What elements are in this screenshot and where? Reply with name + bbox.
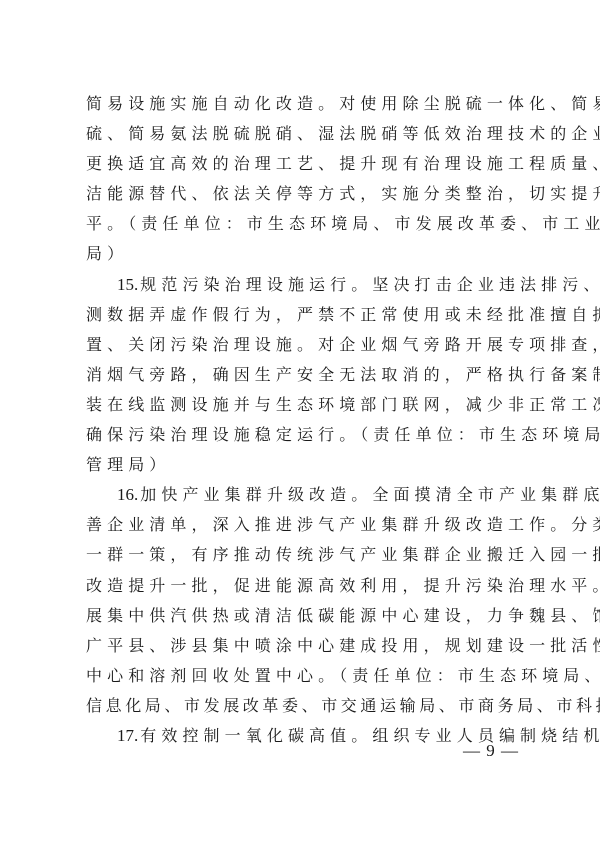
text-line: 置、关闭污染治理设施。对企业烟气旁路开展专项排查，逐步取 — [86, 330, 516, 360]
text-line: 硫、简易氨法脱硫脱硝、湿法脱硝等低效治理技术的企业，通过 — [86, 119, 516, 149]
text-line: 洁能源替代、依法关停等方式，实施分类整治，切实提升治理水 — [86, 179, 516, 209]
text-line: 中心和溶剂回收处置中心。（责任单位：市生态环境局、市工业和 — [86, 661, 516, 691]
body-text: 简易设施实施自动化改造。对使用除尘脱硫一体化、简易碱法脱 硫、简易氨法脱硫脱硝、… — [86, 89, 516, 751]
page-number: — 9 — — [463, 741, 519, 761]
text-line: 一群一策，有序推动传统涉气产业集群企业搬迁入园一批、就地 — [86, 540, 516, 570]
item-number: 17. — [117, 726, 138, 745]
text-line: 广平县、涉县集中喷涂中心建成投用，规划建设一批活性炭再生 — [86, 631, 516, 661]
text-line: 更换适宜高效的治理工艺、提升现有治理设施工程质量、开展清 — [86, 149, 516, 179]
text-line: 改造提升一批，促进能源高效利用，提升污染治理水平。加快开 — [86, 571, 516, 601]
text-line: 确保污染治理设施稳定运行。（责任单位：市生态环境局、市应急 — [86, 420, 516, 450]
text-line: 规范污染治理设施运行。坚决打击企业违法排污、在线监 — [140, 275, 600, 294]
text-line: 简易设施实施自动化改造。对使用除尘脱硫一体化、简易碱法脱 — [86, 89, 516, 119]
text-line: 有效控制一氧化碳高值。组织专业人员编制烧结机、高炉、 — [140, 726, 600, 745]
text-line: 加快产业集群升级改造。全面摸清全市产业集群底数，完 — [140, 485, 600, 504]
text-line: 管理局） — [86, 450, 516, 480]
text-line: 局） — [86, 239, 516, 269]
text-line: 善企业清单，深入推进涉气产业集群升级改造工作。分类施策、 — [86, 510, 516, 540]
item-17-heading-line: 17.有效控制一氧化碳高值。组织专业人员编制烧结机、高炉、 — [86, 721, 516, 751]
text-line: 信息化局、市发展改革委、市交通运输局、市商务局、市科技局） — [86, 691, 516, 721]
text-line: 消烟气旁路，确因生产安全无法取消的，严格执行备案制度，加 — [86, 360, 516, 390]
text-line: 展集中供汽供热或清洁低碳能源中心建设，力争魏县、馆陶县、 — [86, 601, 516, 631]
text-line: 测数据弄虚作假行为，严禁不正常使用或未经批准擅自拆除、闲 — [86, 300, 516, 330]
text-line: 装在线监测设施并与生态环境部门联网，减少非正常工况排放， — [86, 390, 516, 420]
item-15-heading-line: 15.规范污染治理设施运行。坚决打击企业违法排污、在线监 — [86, 270, 516, 300]
item-number: 15. — [117, 275, 138, 294]
document-page: 简易设施实施自动化改造。对使用除尘脱硫一体化、简易碱法脱 硫、简易氨法脱硫脱硝、… — [0, 0, 600, 848]
item-16-heading-line: 16.加快产业集群升级改造。全面摸清全市产业集群底数，完 — [86, 480, 516, 510]
item-number: 16. — [117, 485, 138, 504]
text-line: 平。（责任单位：市生态环境局、市发展改革委、市工业和信息化 — [86, 209, 516, 239]
